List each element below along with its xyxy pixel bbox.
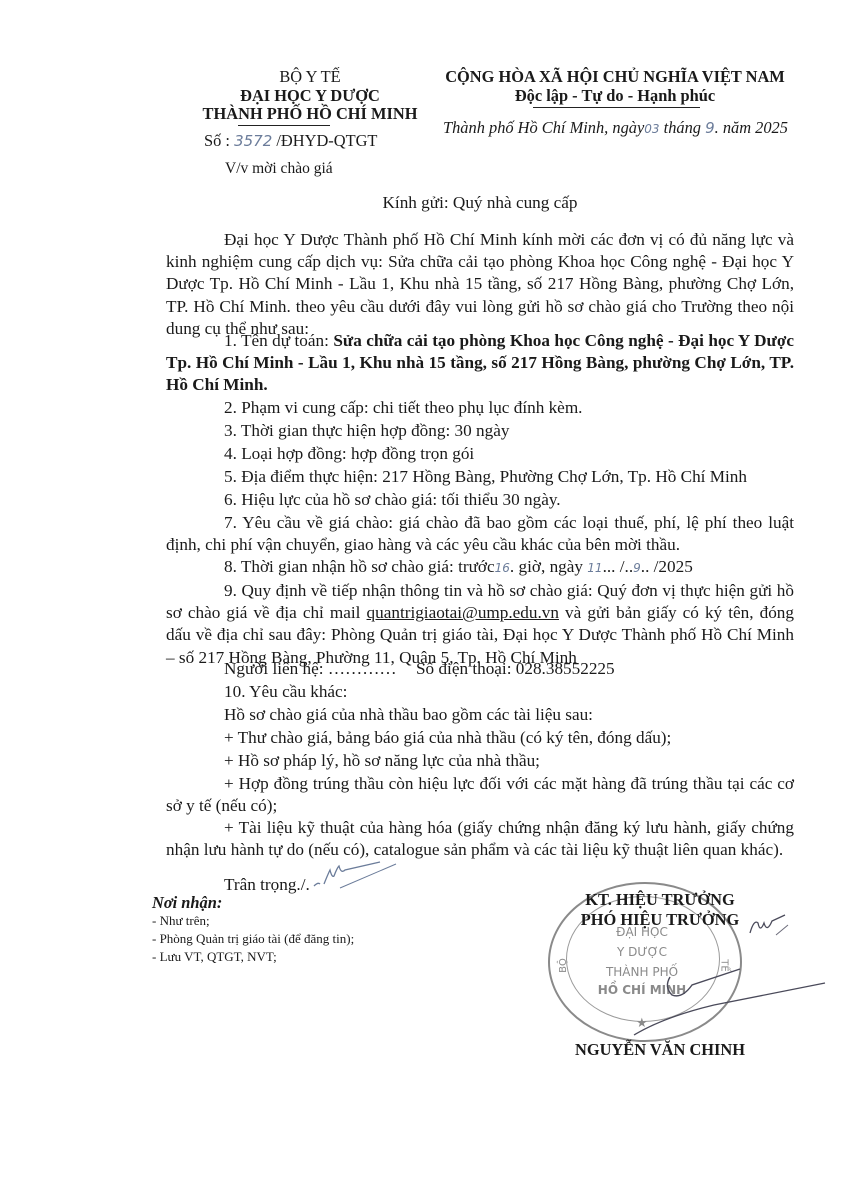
recipient-1: - Như trên; xyxy=(152,913,210,929)
docs-intro: Hồ sơ chào giá của nhà thầu bao gồm các … xyxy=(224,705,593,725)
number-prefix: Số : xyxy=(204,131,230,150)
date-month-label: tháng xyxy=(664,118,701,137)
item-8-year: .. /2025 xyxy=(641,557,693,576)
ministry-name: BỘ Y TẾ xyxy=(200,67,420,87)
recipients-title: Nơi nhận: xyxy=(152,893,222,913)
doc-item-4: + Tài liệu kỹ thuật của hàng hóa (giấy c… xyxy=(166,817,794,861)
handwritten-signature-icon xyxy=(600,905,830,1045)
date-day: 03 xyxy=(644,122,659,136)
date-prefix: Thành phố Hồ Chí Minh, ngày xyxy=(443,118,644,137)
contact-email-link[interactable]: quantrigiaotai@ump.edu.vn xyxy=(367,603,559,622)
item-9: 9. Quy định về tiếp nhận thông tin và hồ… xyxy=(166,580,794,669)
contact-person: Người liên hệ: ………… xyxy=(224,659,397,679)
doc-item-1: + Thư chào giá, bảng báo giá của nhà thầ… xyxy=(224,728,671,748)
item-5: 5. Địa điểm thực hiện: 217 Hồng Bàng, Ph… xyxy=(224,467,747,487)
item-10: 10. Yêu cầu khác: xyxy=(224,682,347,702)
number-handwritten: 3572 xyxy=(234,132,272,150)
date-month: 9 xyxy=(705,119,715,137)
item-8-month: 9 xyxy=(633,561,641,575)
recipient-3: - Lưu VT, QTGT, NVT; xyxy=(152,949,277,965)
closing: Trân trọng./. xyxy=(224,875,310,895)
date-year: . năm 2025 xyxy=(715,118,788,137)
number-suffix: /ĐHYD-QTGT xyxy=(276,131,377,150)
item-7: 7. Yêu cầu về giá chào: giá chào đã bao … xyxy=(166,512,794,556)
item-8-day: 11 xyxy=(587,561,602,575)
salutation: Kính gửi: Quý nhà cung cấp xyxy=(166,193,794,213)
document-number: Số : 3572 /ĐHYD-QTGT xyxy=(204,131,377,151)
national-title: CỘNG HÒA XÃ HỘI CHỦ NGHĨA VIỆT NAM xyxy=(430,67,800,87)
subject-line: V/v mời chào giá xyxy=(225,160,333,178)
university-name-line2: THÀNH PHỐ HỒ CHÍ MINH xyxy=(190,104,430,124)
stamp-side-left: BỘ xyxy=(558,958,569,973)
item-8-hour: 16 xyxy=(495,561,510,575)
item-1: 1. Tên dự toán: Sửa chữa cải tạo phòng K… xyxy=(166,330,794,397)
item-3: 3. Thời gian thực hiện hợp đồng: 30 ngày xyxy=(224,421,509,441)
doc-item-2: + Hồ sơ pháp lý, hồ sơ năng lực của nhà … xyxy=(224,751,540,771)
item-8-mid: . giờ, ngày xyxy=(510,557,583,576)
recipient-2: - Phòng Quản trị giáo tài (để đăng tin); xyxy=(152,931,354,947)
item-8-sep: ... /.. xyxy=(603,557,634,576)
doc-item-3: + Hợp đồng trúng thầu còn hiệu lực đối v… xyxy=(166,773,794,817)
header-left-underline xyxy=(238,125,330,126)
issue-date: Thành phố Hồ Chí Minh, ngày03 tháng 9. n… xyxy=(443,118,788,138)
university-name-line1: ĐẠI HỌC Y DƯỢC xyxy=(200,86,420,106)
initials-signature-icon xyxy=(310,858,400,898)
item-4: 4. Loại hợp đồng: hợp đồng trọn gói xyxy=(224,444,474,464)
intro-paragraph: Đại học Y Dược Thành phố Hồ Chí Minh kín… xyxy=(166,229,794,340)
item-8: 8. Thời gian nhận hồ sơ chào giá: trước1… xyxy=(224,557,693,577)
item-6: 6. Hiệu lực của hồ sơ chào giá: tối thiể… xyxy=(224,490,561,510)
signer-name: NGUYỄN VĂN CHINH xyxy=(540,1040,780,1060)
contact-phone: Số điện thoại: 028.38552225 xyxy=(416,659,615,679)
header-right-underline xyxy=(533,107,700,108)
item-1-label: 1. Tên dự toán: xyxy=(224,331,333,350)
item-8-prefix: 8. Thời gian nhận hồ sơ chào giá: trước xyxy=(224,557,495,576)
item-2: 2. Phạm vi cung cấp: chi tiết theo phụ l… xyxy=(224,398,582,418)
national-motto: Độc lập - Tự do - Hạnh phúc xyxy=(430,86,800,106)
